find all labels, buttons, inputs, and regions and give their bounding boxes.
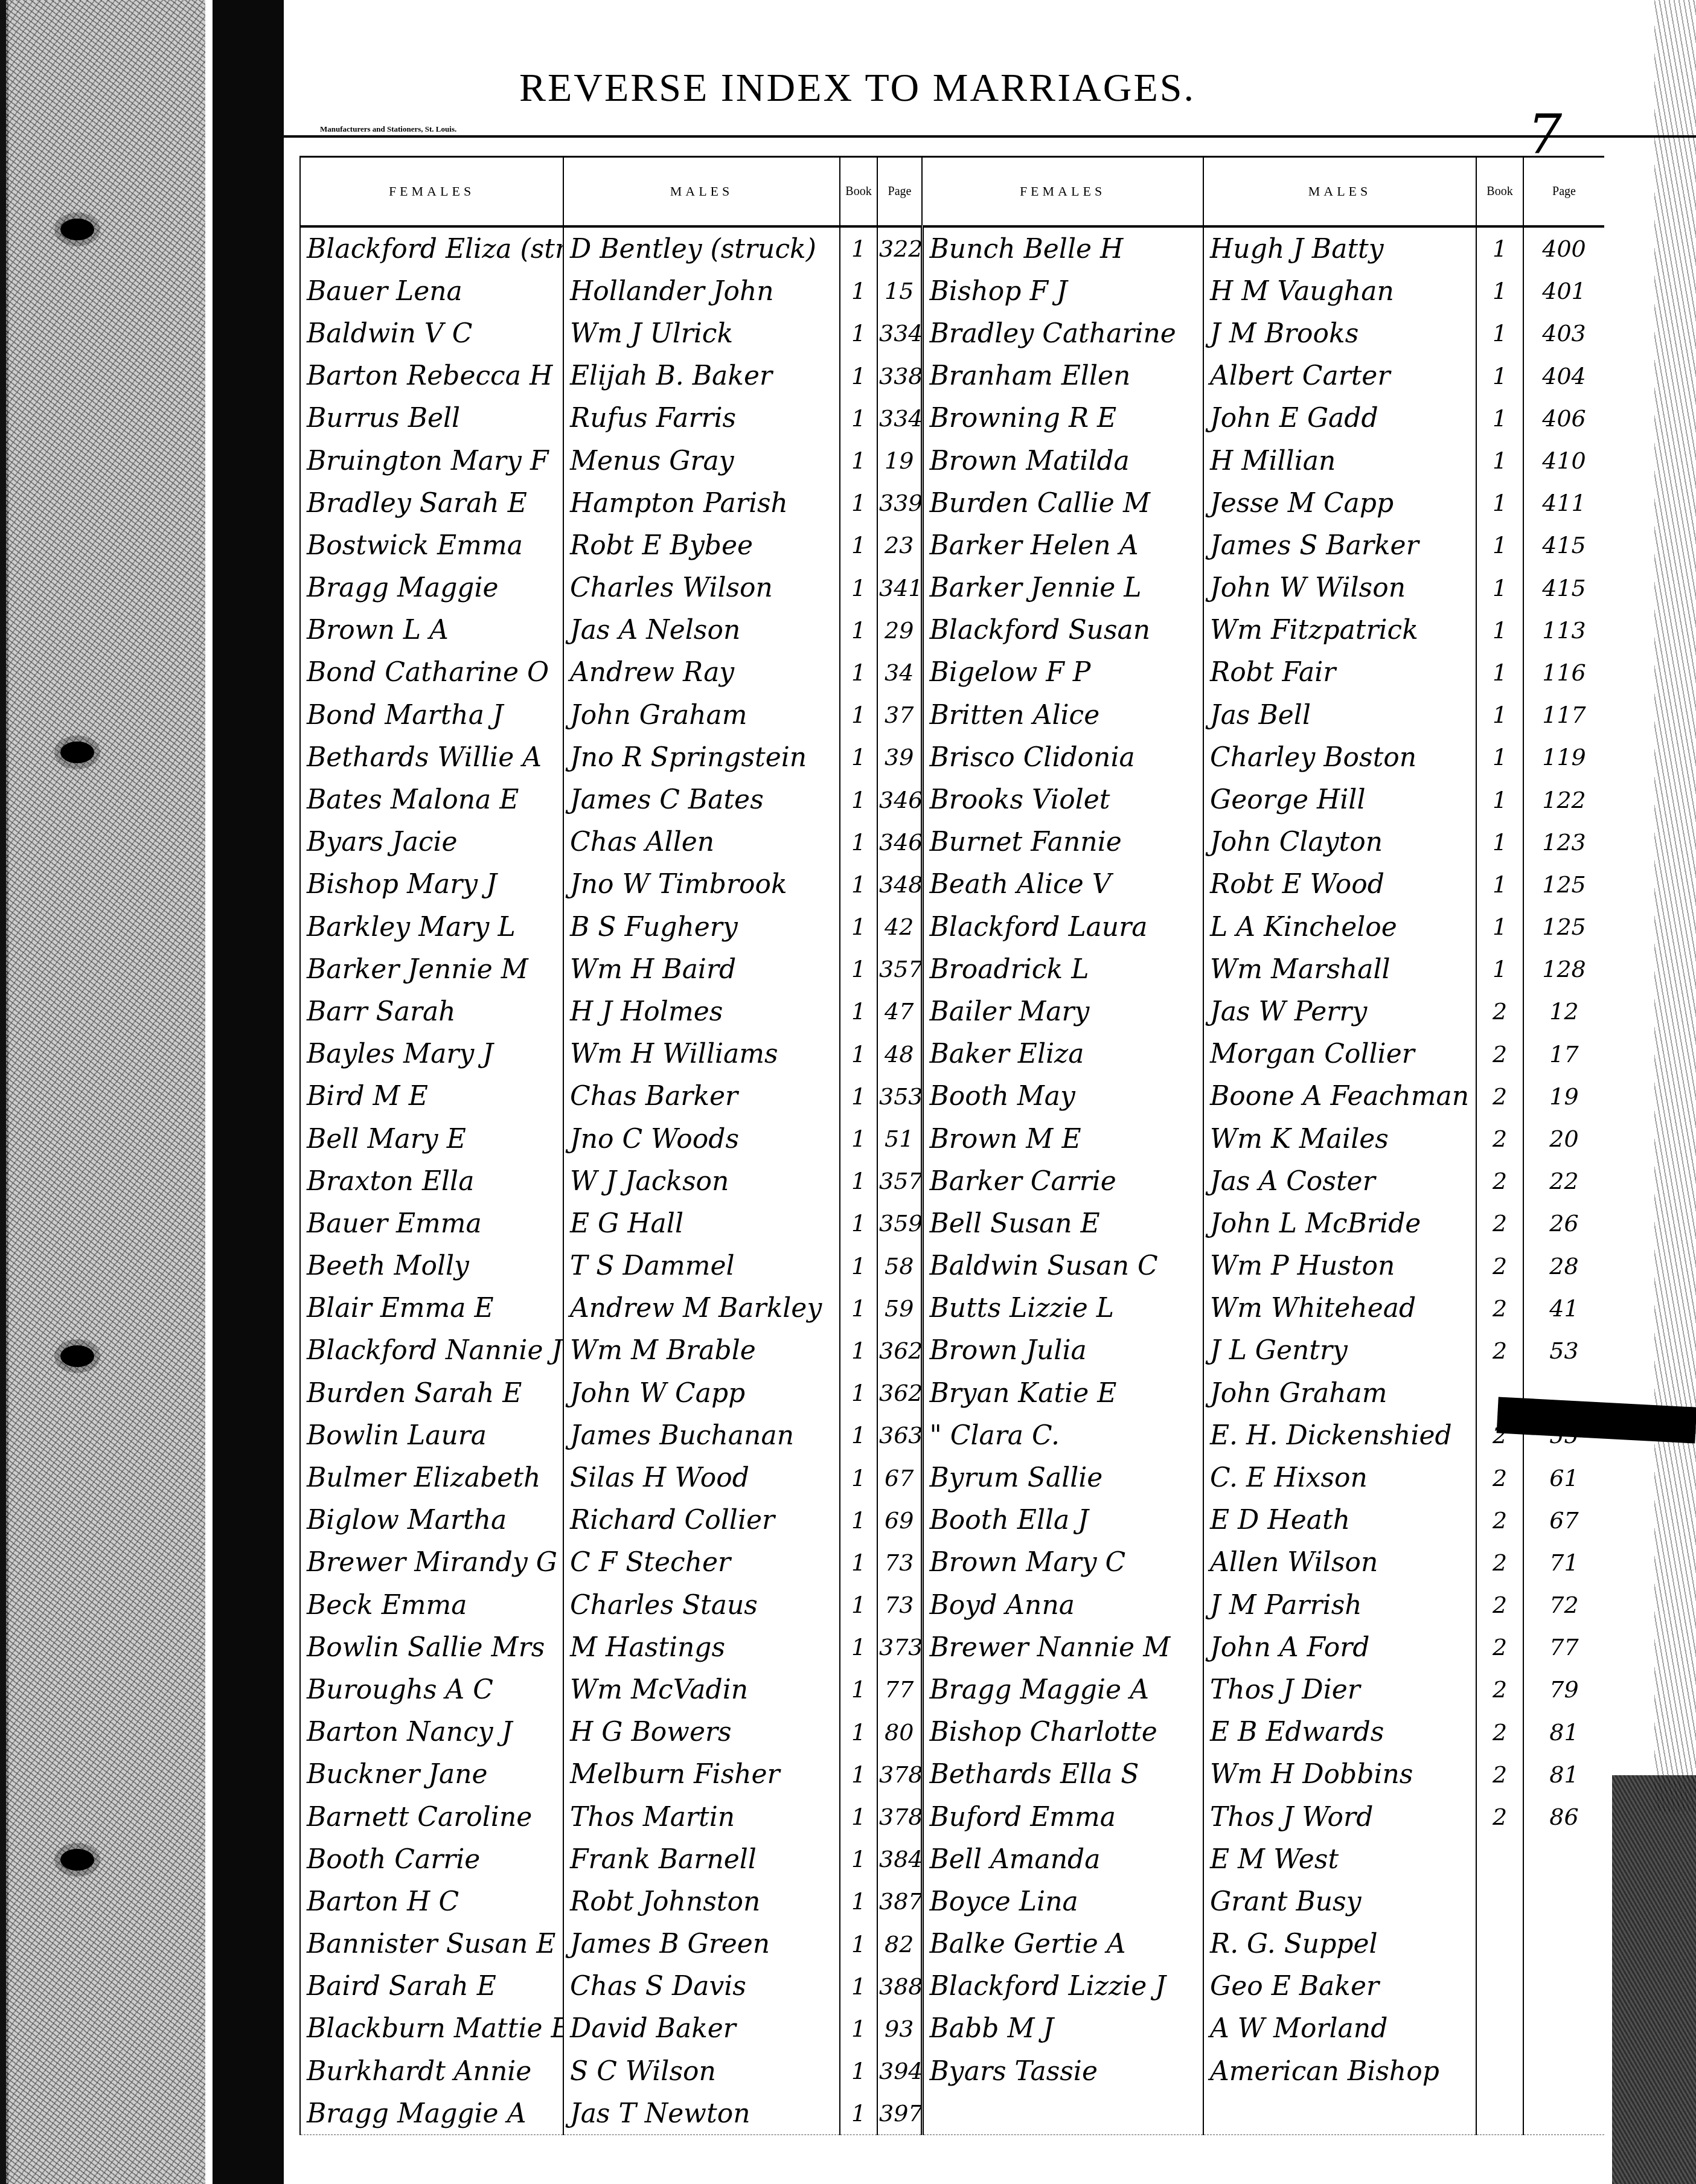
book-number: 1	[840, 1118, 877, 1160]
table-row: Bayles Mary JWm H Williams148Baker Eliza…	[300, 1033, 1604, 1075]
page-reference: 403	[1523, 312, 1604, 354]
male-name: American Bishop	[1203, 2050, 1476, 2092]
table-row: Bradley Sarah EHampton Parish1339Burden …	[300, 482, 1604, 524]
female-name: Bruington Mary F	[300, 440, 563, 482]
male-name: Andrew M Barkley	[563, 1287, 840, 1330]
book-number: 1	[840, 821, 877, 863]
page-reference: 387	[877, 1880, 922, 1923]
male-name: T S Dammel	[563, 1245, 840, 1287]
page-reference: 357	[877, 1160, 922, 1202]
book-number: 1	[840, 1330, 877, 1372]
page-reference: 123	[1523, 821, 1604, 863]
book-number: 1	[1476, 567, 1523, 609]
table-row: Beck EmmaCharles Staus173Boyd AnnaJ M Pa…	[300, 1584, 1604, 1626]
table-row: Bragg Maggie AJas T Newton1397	[300, 2092, 1604, 2135]
book-number: 1	[1476, 906, 1523, 948]
female-name: Barkley Mary L	[300, 906, 563, 948]
book-number: 1	[1476, 270, 1523, 312]
female-name: Burrus Bell	[300, 397, 563, 440]
male-name: John L McBride	[1203, 1202, 1476, 1244]
table-row: Bishop Mary JJno W Timbrook1348Beath Ali…	[300, 863, 1604, 906]
table-row: Bostwick EmmaRobt E Bybee123Barker Helen…	[300, 524, 1604, 566]
female-name: Bragg Maggie A	[922, 1668, 1203, 1711]
female-name: Beeth Molly	[300, 1245, 563, 1287]
male-name: Thos Martin	[563, 1796, 840, 1838]
page-reference: 339	[877, 482, 922, 524]
page-reference: 69	[877, 1499, 922, 1542]
page-reference: 415	[1523, 567, 1604, 609]
book-number: 2	[1476, 1456, 1523, 1499]
page-reference	[1523, 1880, 1604, 1923]
page-reference: 334	[877, 397, 922, 440]
table-row: Burkhardt AnnieS C Wilson1394Byars Tassi…	[300, 2050, 1604, 2092]
book-number: 1	[840, 1838, 877, 1880]
table-row: Brown L AJas A Nelson129Blackford SusanW…	[300, 609, 1604, 652]
book-number: 1	[840, 1202, 877, 1244]
female-name: Bauer Emma	[300, 1202, 563, 1244]
male-name: Jno C Woods	[563, 1118, 840, 1160]
page-reference: 23	[877, 524, 922, 566]
binding-hole-icon	[60, 1345, 94, 1367]
book-number: 1	[840, 567, 877, 609]
book-number: 2	[1476, 1202, 1523, 1244]
male-name: J M Parrish	[1203, 1584, 1476, 1626]
page-reference: 404	[1523, 355, 1604, 397]
table-row: Blackburn Mattie EDavid Baker193Babb M J…	[300, 2008, 1604, 2050]
male-name: E D Heath	[1203, 1499, 1476, 1542]
page-reference: 357	[877, 948, 922, 990]
male-name: Wm H Dobbins	[1203, 1753, 1476, 1796]
female-name: Booth Carrie	[300, 1838, 563, 1880]
female-name: Bigelow F P	[922, 652, 1203, 694]
male-name: John A Ford	[1203, 1626, 1476, 1668]
book-number: 1	[840, 652, 877, 694]
male-name: E. H. Dickenshied	[1203, 1414, 1476, 1456]
male-name: Morgan Collier	[1203, 1033, 1476, 1075]
book-number: 1	[840, 1880, 877, 1923]
female-name: Bates Malona E	[300, 778, 563, 821]
book-number: 1	[840, 948, 877, 990]
book-number	[1476, 1880, 1523, 1923]
book-number: 1	[840, 736, 877, 778]
female-name: Bauer Lena	[300, 270, 563, 312]
male-name: M Hastings	[563, 1626, 840, 1668]
book-number: 1	[840, 397, 877, 440]
male-name: Wm H Williams	[563, 1033, 840, 1075]
male-name: R. G. Suppel	[1203, 1923, 1476, 1965]
male-name: George Hill	[1203, 778, 1476, 821]
male-name: Chas Allen	[563, 821, 840, 863]
page-reference: 37	[877, 694, 922, 736]
female-name: Bulmer Elizabeth	[300, 1456, 563, 1499]
table-row: Blackford Eliza (struck)D Bentley (struc…	[300, 226, 1604, 270]
book-number: 1	[840, 694, 877, 736]
page-reference: 59	[877, 1287, 922, 1330]
book-number: 1	[1476, 312, 1523, 354]
female-name: Broadrick L	[922, 948, 1203, 990]
female-name: Barnett Caroline	[300, 1796, 563, 1838]
female-name	[922, 2092, 1203, 2135]
female-name: " Clara C.	[922, 1414, 1203, 1456]
table-row: Bragg MaggieCharles Wilson1341Barker Jen…	[300, 567, 1604, 609]
table-row: Booth CarrieFrank Barnell1384Bell Amanda…	[300, 1838, 1604, 1880]
male-name: H Millian	[1203, 440, 1476, 482]
header-rule	[284, 135, 1696, 138]
book-number	[1476, 1923, 1523, 1965]
male-name: James B Green	[563, 1923, 840, 1965]
male-name: John W Wilson	[1203, 567, 1476, 609]
female-name: Britten Alice	[922, 694, 1203, 736]
male-name: Andrew Ray	[563, 652, 840, 694]
male-name: Frank Barnell	[563, 1838, 840, 1880]
book-number: 1	[840, 1668, 877, 1711]
book-number: 1	[840, 1075, 877, 1118]
page-reference	[1523, 2092, 1604, 2135]
book-number: 1	[840, 863, 877, 906]
col-page-left: Page	[877, 157, 922, 227]
female-name: Bond Martha J	[300, 694, 563, 736]
page-reference: 41	[1523, 1287, 1604, 1330]
female-name: Byars Jacie	[300, 821, 563, 863]
male-name: H G Bowers	[563, 1711, 840, 1753]
male-name: John Graham	[1203, 1372, 1476, 1414]
book-number: 2	[1476, 1330, 1523, 1372]
col-page-right: Page	[1523, 157, 1604, 227]
female-name: Babb M J	[922, 2008, 1203, 2050]
col-book-left: Book	[840, 157, 877, 227]
table-row: Baldwin V CWm J Ulrick1334Bradley Cathar…	[300, 312, 1604, 354]
page-reference	[1523, 1838, 1604, 1880]
male-name: J M Brooks	[1203, 312, 1476, 354]
book-number: 2	[1476, 1160, 1523, 1202]
table-row: Buroughs A CWm McVadin177Bragg Maggie AT…	[300, 1668, 1604, 1711]
book-number: 1	[1476, 226, 1523, 270]
col-book-right: Book	[1476, 157, 1523, 227]
book-number	[1476, 2008, 1523, 2050]
book-number: 1	[1476, 652, 1523, 694]
page-reference: 128	[1523, 948, 1604, 990]
page-reference: 397	[877, 2092, 922, 2135]
page-reference: 125	[1523, 863, 1604, 906]
page-reference: 61	[1523, 1456, 1604, 1499]
male-name: E B Edwards	[1203, 1711, 1476, 1753]
book-number: 1	[840, 1372, 877, 1414]
book-number: 2	[1476, 1499, 1523, 1542]
female-name: Barker Helen A	[922, 524, 1203, 566]
male-name: E M West	[1203, 1838, 1476, 1880]
female-name: Brown Matilda	[922, 440, 1203, 482]
book-number: 1	[840, 440, 877, 482]
page-reference: 384	[877, 1838, 922, 1880]
page-reference: 22	[1523, 1160, 1604, 1202]
table-row: Barton Nancy JH G Bowers180Bishop Charlo…	[300, 1711, 1604, 1753]
female-name: Blackburn Mattie E	[300, 2008, 563, 2050]
page-reference: 122	[1523, 778, 1604, 821]
page-reference: 346	[877, 778, 922, 821]
page-reference: 26	[1523, 1202, 1604, 1244]
page-reference: 93	[877, 2008, 922, 2050]
book-number: 1	[840, 1245, 877, 1287]
female-name: Baird Sarah E	[300, 1965, 563, 2008]
male-name: Thos J Word	[1203, 1796, 1476, 1838]
page-reference: 82	[877, 1923, 922, 1965]
book-binding	[0, 0, 284, 2184]
female-name: Braxton Ella	[300, 1160, 563, 1202]
male-name: Thos J Dier	[1203, 1668, 1476, 1711]
book-number: 1	[840, 778, 877, 821]
table-row: Burden Sarah EJohn W Capp1362Bryan Katie…	[300, 1372, 1604, 1414]
printer-imprint: Manufacturers and Stationers, St. Louis.	[320, 124, 456, 134]
page-reference	[1523, 2050, 1604, 2092]
male-name: E G Hall	[563, 1202, 840, 1244]
female-name: Bradley Catharine	[922, 312, 1203, 354]
male-name: Robt E Bybee	[563, 524, 840, 566]
male-name: Hollander John	[563, 270, 840, 312]
female-name: Booth Ella J	[922, 1499, 1203, 1542]
page-reference: 334	[877, 312, 922, 354]
male-name: Jas Bell	[1203, 694, 1476, 736]
female-name: Beck Emma	[300, 1584, 563, 1626]
ledger-page: REVERSE INDEX TO MARRIAGES. Manufacturer…	[284, 0, 1696, 2184]
page-reference: 378	[877, 1753, 922, 1796]
page-reference: 79	[1523, 1668, 1604, 1711]
male-name: Geo E Baker	[1203, 1965, 1476, 2008]
page-reference: 362	[877, 1372, 922, 1414]
female-name: Blackford Laura	[922, 906, 1203, 948]
female-name: Burden Callie M	[922, 482, 1203, 524]
table-row: Bethards Willie AJno R Springstein139Bri…	[300, 736, 1604, 778]
male-name: Jas T Newton	[563, 2092, 840, 2135]
female-name: Browning R E	[922, 397, 1203, 440]
female-name: Barker Carrie	[922, 1160, 1203, 1202]
page-reference: 359	[877, 1202, 922, 1244]
table-row: Barkley Mary LB S Fughery142Blackford La…	[300, 906, 1604, 948]
book-number: 1	[840, 1965, 877, 2008]
table-row: Barnett CarolineThos Martin1378Buford Em…	[300, 1796, 1604, 1838]
table-row: Blackford Nannie JWm M Brable1362Brown J…	[300, 1330, 1604, 1372]
page-reference: 125	[1523, 906, 1604, 948]
page-reference: 400	[1523, 226, 1604, 270]
male-name: Wm M Brable	[563, 1330, 840, 1372]
female-name: Bragg Maggie A	[300, 2092, 563, 2135]
table-row: Bond Catharine OAndrew Ray134Bigelow F P…	[300, 652, 1604, 694]
female-name: Barton Nancy J	[300, 1711, 563, 1753]
male-name: H M Vaughan	[1203, 270, 1476, 312]
ledger-body: Blackford Eliza (struck)D Bentley (struc…	[300, 226, 1604, 2135]
female-name: Brewer Nannie M	[922, 1626, 1203, 1668]
female-name: Bowlin Laura	[300, 1414, 563, 1456]
book-number: 1	[1476, 736, 1523, 778]
female-name: Balke Gertie A	[922, 1923, 1203, 1965]
col-females-left: FEMALES	[300, 157, 563, 227]
table-row: Beeth MollyT S Dammel158Baldwin Susan CW…	[300, 1245, 1604, 1287]
book-number: 1	[840, 2008, 877, 2050]
female-name: Bowlin Sallie Mrs	[300, 1626, 563, 1668]
page-reference: 119	[1523, 736, 1604, 778]
book-number: 1	[1476, 821, 1523, 863]
page-reference: 73	[877, 1542, 922, 1584]
female-name: Bannister Susan E	[300, 1923, 563, 1965]
female-name: Blackford Lizzie J	[922, 1965, 1203, 2008]
page-reference: 71	[1523, 1542, 1604, 1584]
male-name: Menus Gray	[563, 440, 840, 482]
book-number: 1	[840, 1923, 877, 1965]
book-number: 1	[840, 2092, 877, 2135]
female-name: Brown Mary C	[922, 1542, 1203, 1584]
female-name: Bell Mary E	[300, 1118, 563, 1160]
male-name: Chas Barker	[563, 1075, 840, 1118]
book-number	[1476, 1838, 1523, 1880]
page-reference: 67	[1523, 1499, 1604, 1542]
page-reference: 341	[877, 567, 922, 609]
female-name: Blackford Eliza (struck)	[300, 226, 563, 270]
male-name: Robt E Wood	[1203, 863, 1476, 906]
table-row: Blair Emma EAndrew M Barkley159Butts Liz…	[300, 1287, 1604, 1330]
page-reference: 15	[877, 270, 922, 312]
book-number: 2	[1476, 1118, 1523, 1160]
binding-hole-icon	[60, 219, 94, 240]
book-number: 1	[840, 482, 877, 524]
book-number: 1	[840, 990, 877, 1033]
male-name: Charles Wilson	[563, 567, 840, 609]
book-number: 1	[1476, 778, 1523, 821]
page-reference: 346	[877, 821, 922, 863]
page-reference: 348	[877, 863, 922, 906]
female-name: Beath Alice V	[922, 863, 1203, 906]
male-name: Robt Fair	[1203, 652, 1476, 694]
page-reference: 388	[877, 1965, 922, 2008]
page-reference: 81	[1523, 1753, 1604, 1796]
male-name: Elijah B. Baker	[563, 355, 840, 397]
female-name: Bayles Mary J	[300, 1033, 563, 1075]
book-number: 1	[1476, 694, 1523, 736]
female-name: Baker Eliza	[922, 1033, 1203, 1075]
male-name: Wm P Huston	[1203, 1245, 1476, 1287]
page-reference: 406	[1523, 397, 1604, 440]
book-number: 2	[1476, 1033, 1523, 1075]
female-name: Bryan Katie E	[922, 1372, 1203, 1414]
female-name: Bailer Mary	[922, 990, 1203, 1033]
book-number: 1	[840, 1542, 877, 1584]
book-number: 1	[1476, 440, 1523, 482]
female-name: Baldwin Susan C	[922, 1245, 1203, 1287]
female-name: Buckner Jane	[300, 1753, 563, 1796]
page-reference: 34	[877, 652, 922, 694]
table-row: Bowlin Sallie MrsM Hastings1373Brewer Na…	[300, 1626, 1604, 1668]
male-name: John W Capp	[563, 1372, 840, 1414]
page-reference: 362	[877, 1330, 922, 1372]
page-reference: 19	[1523, 1075, 1604, 1118]
male-name: Charley Boston	[1203, 736, 1476, 778]
book-number: 2	[1476, 1542, 1523, 1584]
female-name: Bell Susan E	[922, 1202, 1203, 1244]
male-name: H J Holmes	[563, 990, 840, 1033]
female-name: Baldwin V C	[300, 312, 563, 354]
table-row: Brewer Mirandy GC F Stecher173Brown Mary…	[300, 1542, 1604, 1584]
male-name: Hugh J Batty	[1203, 226, 1476, 270]
female-name: Bostwick Emma	[300, 524, 563, 566]
book-number: 2	[1476, 1753, 1523, 1796]
female-name: Bird M E	[300, 1075, 563, 1118]
book-number	[1476, 1965, 1523, 2008]
book-number: 1	[840, 2050, 877, 2092]
table-row: Barton Rebecca HElijah B. Baker1338Branh…	[300, 355, 1604, 397]
book-number: 1	[1476, 948, 1523, 990]
female-name: Boyd Anna	[922, 1584, 1203, 1626]
male-name: W J Jackson	[563, 1160, 840, 1202]
female-name: Blackford Nannie J	[300, 1330, 563, 1372]
male-name: Jas W Perry	[1203, 990, 1476, 1033]
female-name: Bishop Charlotte	[922, 1711, 1203, 1753]
male-name: Allen Wilson	[1203, 1542, 1476, 1584]
female-name: Bragg Maggie	[300, 567, 563, 609]
binding-spine	[213, 0, 284, 2184]
female-name: Bishop F J	[922, 270, 1203, 312]
page-reference	[1523, 1965, 1604, 2008]
male-name: B S Fughery	[563, 906, 840, 948]
book-number: 1	[840, 312, 877, 354]
female-name: Bishop Mary J	[300, 863, 563, 906]
page-reference: 113	[1523, 609, 1604, 652]
table-row: Bell Mary EJno C Woods151Brown M EWm K M…	[300, 1118, 1604, 1160]
female-name: Bunch Belle H	[922, 226, 1203, 270]
col-females-right: FEMALES	[922, 157, 1203, 227]
table-row: Bates Malona EJames C Bates1346Brooks Vi…	[300, 778, 1604, 821]
table-row: Bannister Susan EJames B Green182Balke G…	[300, 1923, 1604, 1965]
female-name: Brooks Violet	[922, 778, 1203, 821]
female-name: Barker Jennie M	[300, 948, 563, 990]
male-name: Wm Whitehead	[1203, 1287, 1476, 1330]
female-name: Barton H C	[300, 1880, 563, 1923]
book-number: 1	[840, 1499, 877, 1542]
page-reference: 28	[1523, 1245, 1604, 1287]
book-number: 1	[1476, 397, 1523, 440]
page-reference: 81	[1523, 1711, 1604, 1753]
table-row: Bauer LenaHollander John115Bishop F JH M…	[300, 270, 1604, 312]
female-name: Bradley Sarah E	[300, 482, 563, 524]
male-name: Rufus Farris	[563, 397, 840, 440]
female-name: Brewer Mirandy G	[300, 1542, 563, 1584]
male-name: D Bentley (struck)	[563, 226, 840, 270]
male-name: J L Gentry	[1203, 1330, 1476, 1372]
marriage-index-table: FEMALES MALES Book Page FEMALES MALES Bo…	[299, 156, 1604, 2135]
male-name: Wm McVadin	[563, 1668, 840, 1711]
page-reference: 410	[1523, 440, 1604, 482]
female-name: Butts Lizzie L	[922, 1287, 1203, 1330]
male-name: Boone A Feachman	[1203, 1075, 1476, 1118]
male-name: Wm Marshall	[1203, 948, 1476, 990]
binding-hole-icon	[60, 1849, 94, 1871]
page-reference: 17	[1523, 1033, 1604, 1075]
male-name: Jas A Coster	[1203, 1160, 1476, 1202]
female-name: Burden Sarah E	[300, 1372, 563, 1414]
page-reference: 47	[877, 990, 922, 1033]
page-reference: 77	[1523, 1626, 1604, 1668]
book-number: 1	[840, 1626, 877, 1668]
book-number: 2	[1476, 990, 1523, 1033]
book-number: 1	[840, 1160, 877, 1202]
male-name: Jesse M Capp	[1203, 482, 1476, 524]
male-name: Jno W Timbrook	[563, 863, 840, 906]
male-name: Jas A Nelson	[563, 609, 840, 652]
male-name: James Buchanan	[563, 1414, 840, 1456]
page-reference: 53	[1523, 1330, 1604, 1372]
male-name: Grant Busy	[1203, 1880, 1476, 1923]
book-number: 1	[840, 1584, 877, 1626]
female-name: Boyce Lina	[922, 1880, 1203, 1923]
book-number	[1476, 2092, 1523, 2135]
table-row: Bauer EmmaE G Hall1359Bell Susan EJohn L…	[300, 1202, 1604, 1244]
